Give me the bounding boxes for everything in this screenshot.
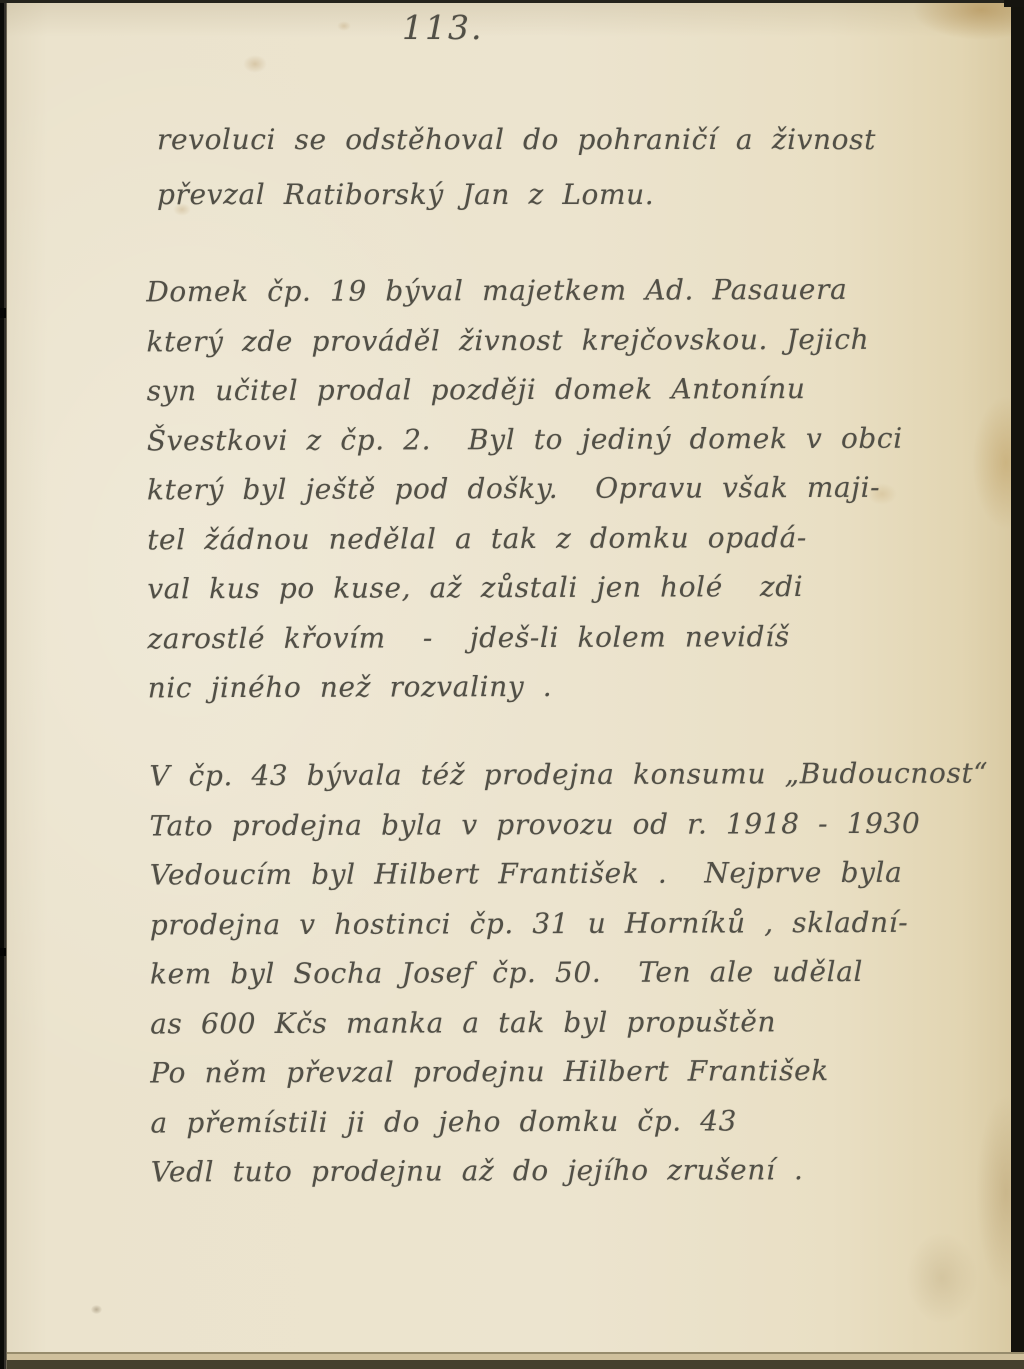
handwritten-line: tel žádnou nedělal a tak z domku opadá- — [147, 512, 903, 564]
paragraph-2: Domek čp. 19 býval majetkem Ad. Pasauera… — [146, 265, 903, 713]
book-top-edge — [0, 0, 1024, 3]
book-gutter-edge — [0, 0, 7, 1369]
handwritten-line: Vedl tuto prodejnu až do jejího zrušení … — [151, 1145, 990, 1197]
paper-stain — [907, 1233, 977, 1323]
paper-stain — [337, 21, 351, 31]
page-number: 113. — [402, 8, 483, 47]
handwritten-line: který byl ještě pod došky. Opravu však m… — [147, 463, 903, 515]
handwritten-line: Tato prodejna byla v provozu od r. 1918 … — [149, 798, 988, 850]
handwritten-line: zarostlé křovím - jdeš-li kolem nevidíš — [147, 611, 903, 663]
book-page-stack-edge — [1011, 0, 1024, 1369]
handwritten-line: převzal Ratiborský Jan z Lomu. — [157, 167, 876, 222]
gutter-notch — [0, 308, 6, 318]
paper-stain — [91, 1305, 102, 1314]
handwritten-line: prodejna v hostinci čp. 31 u Horníků , s… — [150, 897, 989, 949]
handwritten-line: revoluci se odstěhoval do pohraničí a ži… — [157, 112, 876, 167]
handwritten-line: syn učitel prodal později domek Antonínu — [147, 364, 903, 416]
handwritten-line: as 600 Kčs manka a tak byl propuštěn — [150, 996, 989, 1048]
gutter-notch — [0, 948, 6, 956]
handwritten-line: Domek čp. 19 býval majetkem Ad. Pasauera — [146, 265, 902, 317]
paper-stain — [243, 55, 267, 73]
handwritten-line: nic jiného než rozvaliny . — [148, 661, 904, 713]
handwritten-line: a přemístili ji do jeho domku čp. 43 — [150, 1095, 989, 1147]
book-bottom-edge — [0, 1352, 1024, 1369]
handwritten-line: Švestkovi z čp. 2. Byl to jediný domek v… — [147, 413, 903, 465]
handwritten-line: kem byl Socha Josef čp. 50. Ten ale uděl… — [150, 947, 989, 999]
handwritten-line: val kus po kuse, až zůstali jen holé zdi — [147, 562, 903, 614]
handwritten-line: Po něm převzal prodejnu Hilbert Františe… — [150, 1046, 989, 1098]
handwritten-line: Vedoucím byl Hilbert František . Nejprve… — [150, 848, 989, 900]
paragraph-1: revoluci se odstěhoval do pohraničí a ži… — [157, 112, 876, 222]
book-corner-shadow — [1004, 0, 1024, 7]
paragraph-3: V čp. 43 bývala též prodejna konsumu „Bu… — [149, 749, 989, 1197]
handwritten-line: který zde prováděl živnost krejčovskou. … — [146, 314, 902, 366]
scanned-book-photo: 113. revoluci se odstěhoval do pohraničí… — [0, 0, 1024, 1369]
handwritten-line: V čp. 43 bývala též prodejna konsumu „Bu… — [149, 749, 988, 801]
